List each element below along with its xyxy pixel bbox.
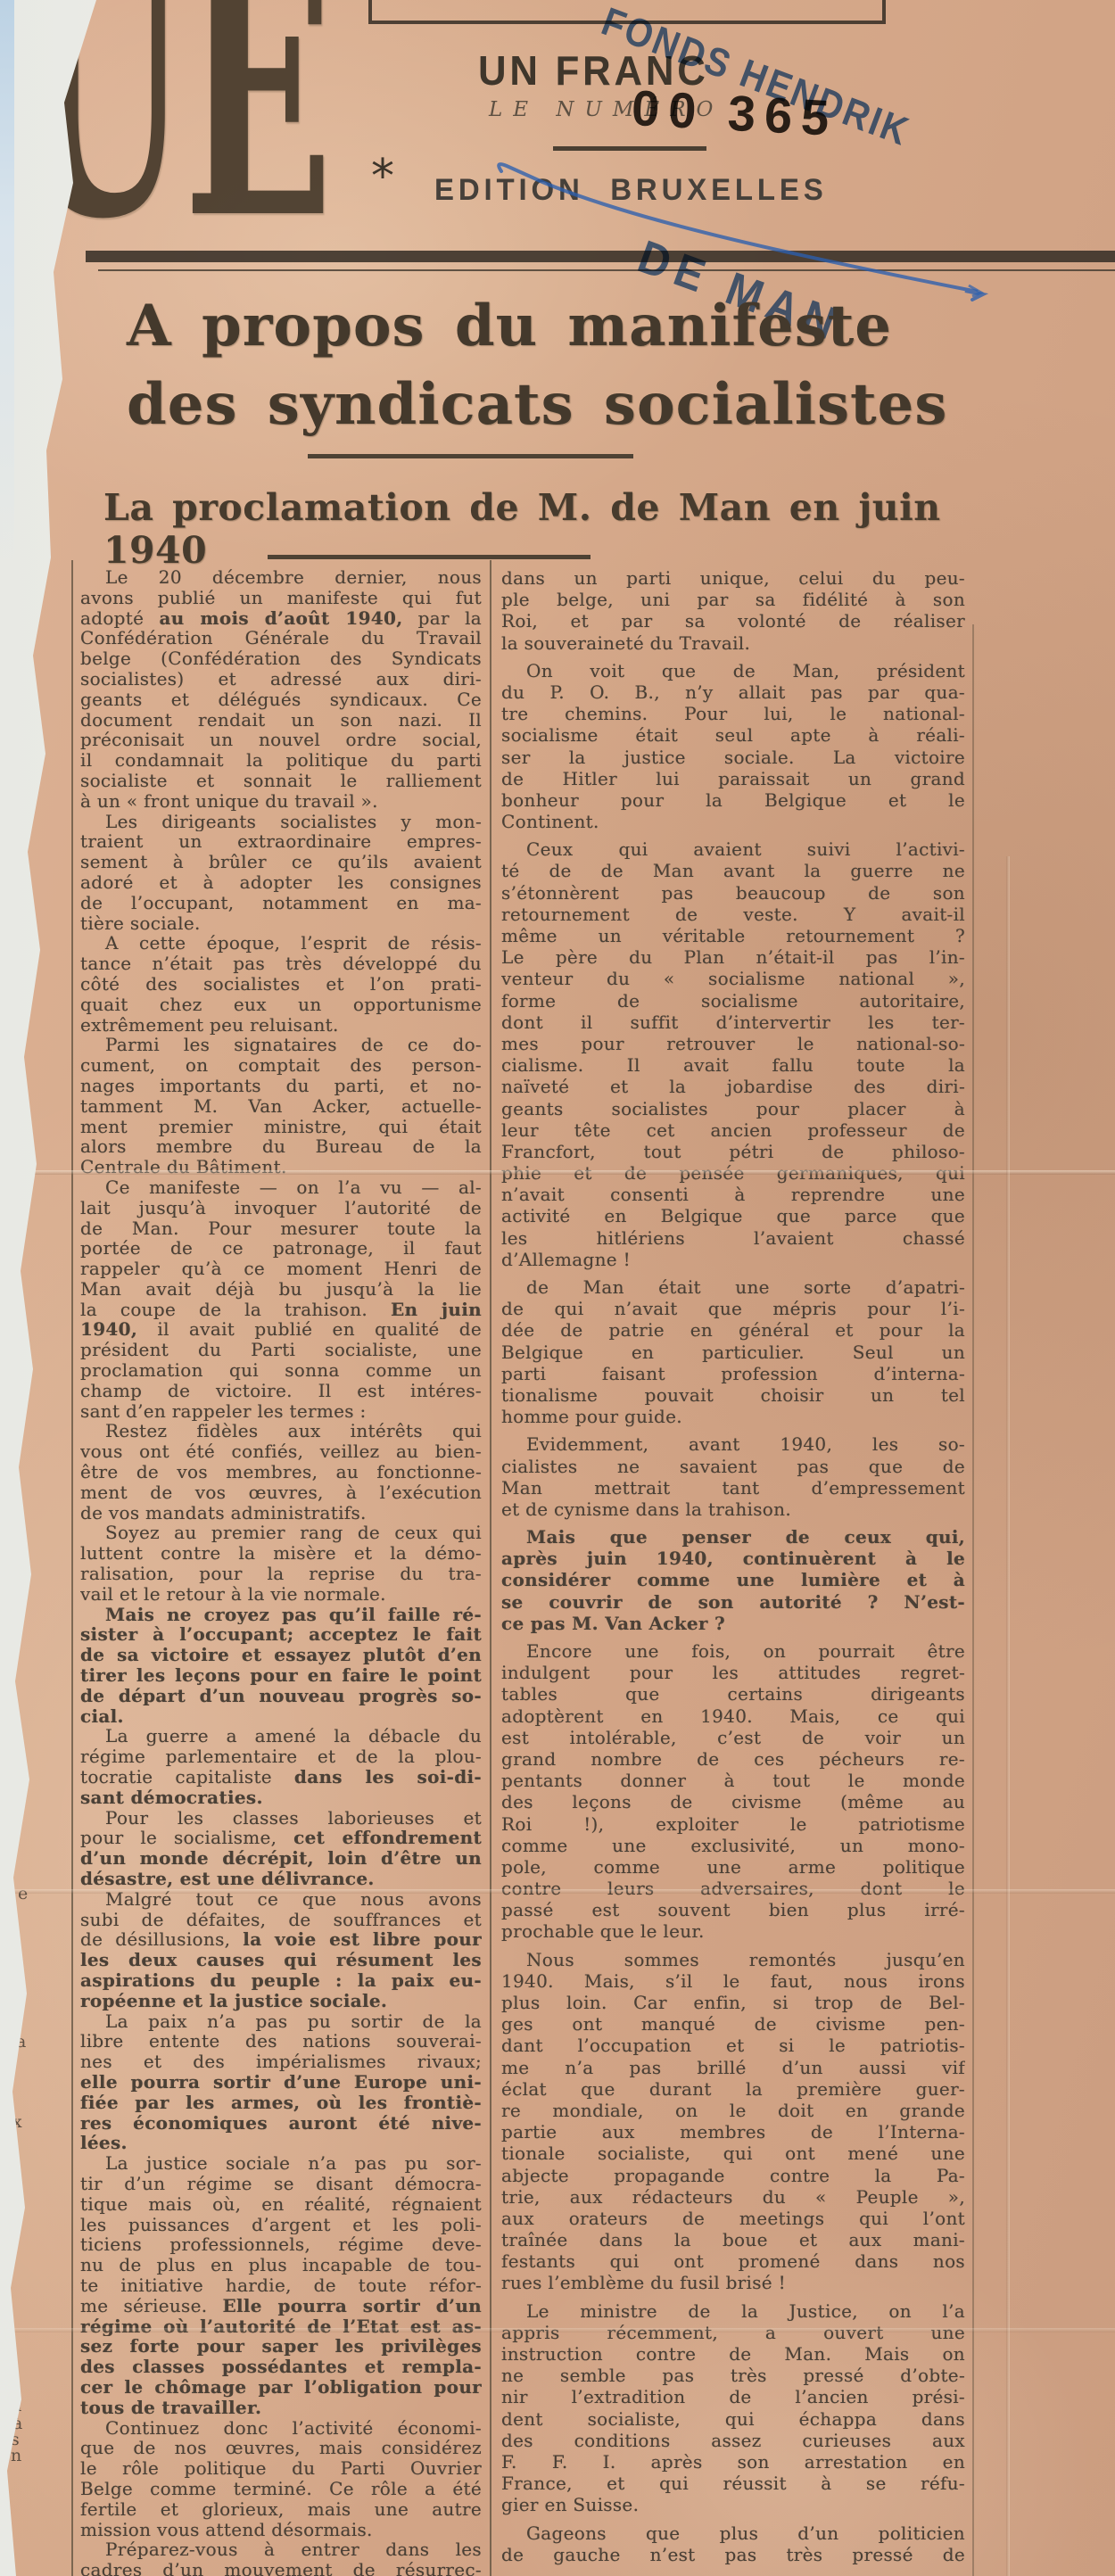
text-line: ne semble pas très pressé d’obte-	[501, 2365, 965, 2386]
left-column: Le 20 décembre dernier, nousavons publié…	[80, 567, 482, 2576]
text-line: tamment M. Van Acker, actuelle-	[80, 1096, 482, 1117]
scanner-edge-shadow	[0, 0, 14, 571]
text-line: est intolérable, c’est de voir un	[501, 1727, 965, 1748]
text-line: tous de travailler.	[80, 2398, 482, 2418]
masthead-title-letters: UE	[16, 0, 329, 293]
text-line: Le 20 décembre dernier, nous	[80, 567, 482, 588]
text-line: les puissances d’argent et les poli-	[80, 2215, 482, 2235]
paragraph: Les dirigeants socialistes y mon-traient…	[80, 812, 482, 934]
column-rule-center	[490, 560, 491, 2576]
horizontal-fold-crease	[0, 2328, 1115, 2332]
text-line: Restez fidèles aux intérêts qui	[80, 1421, 482, 1441]
horizontal-fold-crease	[0, 1889, 1115, 1894]
text-line: Roi, et par sa volonté de réaliser	[501, 610, 965, 632]
text-line: instruction contre de Man. Mais on	[501, 2343, 965, 2365]
text-line: La justice sociale n’a pas pu sor-	[80, 2153, 482, 2174]
text-line: comme une exclusivité, un mono-	[501, 1835, 965, 1856]
text-line: ticiens professionnels, régime deve-	[80, 2234, 482, 2255]
asterisk-icon: *	[371, 150, 394, 203]
paragraph: de Man était une sorte d’apatri-de qui n…	[501, 1276, 965, 1427]
text-line: belge (Confédération des Syndicats	[80, 648, 482, 669]
text-line: Mais ne croyez pas qu’il faille ré-	[80, 1605, 482, 1625]
text-line: tirer les leçons pour en faire le point	[80, 1665, 482, 1686]
text-line: nages importants du parti, et no-	[80, 1076, 482, 1096]
text-line: Confédération Générale du Travail	[80, 628, 482, 648]
text-line: de gauche n’est pas très pressé de	[501, 2544, 965, 2565]
text-line: Francfort, tout pétri de philoso-	[501, 1141, 965, 1162]
paragraph: Evidemment, avant 1940, les so-cialistes…	[501, 1433, 965, 1520]
paragraph: Continuez donc l’activité économi-que de…	[80, 2418, 482, 2540]
text-line: portée de ce patronage, il faut	[80, 1238, 482, 1259]
text-line: Continuez donc l’activité économi-	[80, 2418, 482, 2439]
text-line: rappeler qu’à ce moment Henri de	[80, 1259, 482, 1279]
text-line: tables que certains dirigeants	[501, 1683, 965, 1705]
text-line: luttent contre la misère et la démo-	[80, 1543, 482, 1564]
text-line: des conditions assez curieuses aux	[501, 2430, 965, 2451]
edge-fragment-letter: n	[11, 2396, 21, 2415]
edge-fragment-letter: e	[18, 813, 28, 833]
text-line: activité en Belgique que parce que	[501, 1205, 965, 1226]
text-line: Préparez-vous à entrer dans les	[80, 2539, 482, 2560]
text-line: mission vous attend désormais.	[80, 2520, 482, 2540]
paragraph: Préparez-vous à entrer dans lescadres d’…	[80, 2539, 482, 2576]
text-line: président du Parti socialiste, une	[80, 1340, 482, 1360]
text-line: se couvrir de son autorité ? N’est-	[501, 1591, 965, 1613]
text-line: de Man était une sorte d’apatri-	[501, 1276, 965, 1298]
text-line: considérer comme une lumière et à	[501, 1569, 965, 1590]
text-line: la souveraineté du Travail.	[501, 632, 965, 654]
paragraph: Pour les classes laborieuses etpour le s…	[80, 1808, 482, 1889]
paragraph: Mais que penser de ceux qui,après juin 1…	[501, 1526, 965, 1634]
text-line: le rôle politique du Parti Ouvrier	[80, 2458, 482, 2479]
text-line: les hitlériens l’avaient chassé	[501, 1227, 965, 1249]
text-line: de Man. Pour mesurer toute la	[80, 1218, 482, 1239]
text-line: adoré et à adopter les consignes	[80, 872, 482, 893]
edge-fragment-letter: e	[23, 676, 33, 696]
text-line: A cette époque, l’esprit de résis-	[80, 933, 482, 954]
text-line: préconisait un nouvel ordre social,	[80, 730, 482, 750]
text-line: dont il suffit d’intervertir les ter-	[501, 1011, 965, 1033]
text-line: Encore une fois, on pourrait être	[501, 1640, 965, 1662]
text-line: partie aux membres de l’Interna-	[501, 2121, 965, 2143]
edge-fragment-letter: x	[12, 2112, 22, 2132]
text-line: Soyez au premier rang de ceux qui	[80, 1523, 482, 1543]
text-line: te initiative hardie, de toute réfor-	[80, 2275, 482, 2296]
text-line: traient un extraordinaire empres-	[80, 831, 482, 852]
text-line: sez forte pour saper les privilèges	[80, 2336, 482, 2357]
text-line: de départ d’un nouveau progrès so-	[80, 1686, 482, 1706]
text-line: abjecte propagande contre la Pa-	[501, 2165, 965, 2186]
text-line: lées.	[80, 2133, 482, 2153]
text-line: té de de Man avant la guerre ne	[501, 860, 965, 881]
text-line: fiée par les armes, où les frontiè-	[80, 2093, 482, 2113]
text-line: dans un parti unique, celui du peu-	[501, 567, 965, 589]
paragraph: Mais ne croyez pas qu’il faille ré-siste…	[80, 1605, 482, 1727]
text-line: régime parlementaire et de la plou-	[80, 1746, 482, 1767]
text-line: tière sociale.	[80, 913, 482, 934]
text-line: Belgique en particulier. Seul un	[501, 1342, 965, 1363]
text-line: Ce manifeste — on l’a vu — al-	[80, 1177, 482, 1198]
text-line: être de vos membres, au fonctionne-	[80, 1462, 482, 1482]
text-line: de qui n’avait que mépris pour l’i-	[501, 1298, 965, 1319]
edge-fragment-letter: e	[18, 1884, 28, 1903]
edge-fragment-letter: -	[18, 862, 23, 881]
text-line: cer le chômage par l’obligation pour	[80, 2377, 482, 2398]
text-line: homme pour guide.	[501, 1406, 965, 1427]
text-line: cument, on comptait des person-	[80, 1055, 482, 1076]
text-line: champ de victoire. Il est intéres-	[80, 1381, 482, 1401]
paragraph: Restez fidèles aux intérêts quivous ont …	[80, 1421, 482, 1523]
text-line: socialiste et sonnait le ralliement	[80, 771, 482, 791]
paragraph: Ce manifeste — on l’a vu — al-lait jusqu…	[80, 1177, 482, 1422]
text-line: ropéenne et la justice sociale.	[80, 1991, 482, 2011]
text-line: tique mais où, en réalité, régnaient	[80, 2194, 482, 2215]
text-line: sant d’en rappeler les termes :	[80, 1401, 482, 1422]
edition-label: EDITION BRUXELLES	[434, 173, 828, 208]
paragraph: La guerre a amené la débacle durégime pa…	[80, 1726, 482, 1807]
text-line: de vos mandats administratifs.	[80, 1503, 482, 1523]
text-line: ment de vos œuvres, à l’exécution	[80, 1482, 482, 1503]
text-line: socialistes) et adressé aux diri-	[80, 669, 482, 689]
text-line: indulgent pour les attitudes regret-	[501, 1662, 965, 1683]
edge-fragment-letter: n	[11, 2446, 21, 2465]
text-line: venteur du « socialisme national »,	[501, 968, 965, 989]
text-line: dent socialiste, qui échappa dans	[501, 2408, 965, 2430]
masthead-bar-rule	[86, 251, 1115, 262]
text-line: trie, aux rédacteurs du « Peuple »,	[501, 2186, 965, 2208]
text-line: re mondiale, on le doit en grande	[501, 2100, 965, 2121]
text-line: cadres d’un mouvement de résurrec-	[80, 2560, 482, 2576]
text-line: à un « front unique du travail ».	[80, 791, 482, 812]
text-line: nir l’extradition de l’ancien prési-	[501, 2386, 965, 2407]
column-rule-left	[71, 560, 73, 2576]
text-line: grand nombre de ces pécheurs re-	[501, 1748, 965, 1770]
text-line: naïveté et la jobardise des diri-	[501, 1076, 965, 1097]
text-line: extrêmement peu reluisant.	[80, 1015, 482, 1036]
text-line: nes et des impérialismes rivaux;	[80, 2052, 482, 2072]
text-line: traînée dans la boue et aux mani-	[501, 2229, 965, 2250]
text-line: res économiques auront été nive-	[80, 2113, 482, 2134]
text-line: 1940. Mais, s’il le faut, nous irons	[501, 1970, 965, 1992]
text-line: adopté au mois d’août 1940, par la	[80, 608, 482, 629]
text-line: La paix n’a pas pu sortir de la	[80, 2011, 482, 2032]
text-line: fertile et glorieux, mais une autre	[80, 2499, 482, 2520]
text-line: d’un monde décrépit, loin d’être un	[80, 1848, 482, 1869]
text-line: tance n’était pas très développé du	[80, 954, 482, 974]
paragraph: Soyez au premier rang de ceux quiluttent…	[80, 1523, 482, 1604]
text-line: sister à l’occupant; acceptez le fait	[80, 1624, 482, 1645]
text-line: des leçons de civisme (même au	[501, 1791, 965, 1812]
horizontal-fold-crease	[0, 1170, 1115, 1175]
article-headline: A propos du manifeste des syndicats soci…	[127, 287, 1072, 444]
text-line: pour le socialisme, cet effondrement	[80, 1828, 482, 1848]
text-line: vail et le retour à la vie normale.	[80, 1584, 482, 1605]
edge-fragment-letter: t	[14, 1773, 21, 1793]
text-line: adoptèrent en 1940. Mais, ce qui	[501, 1705, 965, 1727]
text-line: avons publié un manifeste qui fut	[80, 588, 482, 608]
text-line: geants socialistes pour placer à	[501, 1098, 965, 1119]
text-line: tionalisme pouvait choisir un tel	[501, 1384, 965, 1406]
text-line: mes pour retrouver le national-so-	[501, 1033, 965, 1054]
edge-fragment-letter: -	[16, 846, 21, 865]
text-line: libre entente des nations souverai-	[80, 2031, 482, 2052]
text-line: subi de défaites, de souffrances et	[80, 1910, 482, 1930]
text-line: cialistes ne savaient pas que de	[501, 1456, 965, 1477]
text-line: proclamation qui sonna comme un	[80, 1360, 482, 1381]
text-line: il condamnait la politique du parti	[80, 750, 482, 771]
text-line: Roi !), exploiter le patriotisme	[501, 1813, 965, 1835]
text-line: Le ministre de la Justice, on l’a	[501, 2300, 965, 2322]
paragraph: Nous sommes remontés jusqu’en1940. Mais,…	[501, 1949, 965, 2294]
text-line: ser la justice sociale. La victoire	[501, 747, 965, 768]
text-line: gier en Suisse.	[501, 2494, 965, 2515]
text-line: me sérieuse. Elle pourra sortir d’un	[80, 2296, 482, 2316]
text-line: lait jusqu’à invoquer l’autorité de	[80, 1198, 482, 1218]
text-line: et de cynisme dans la trahison.	[501, 1499, 965, 1520]
text-line: Nous sommes remontés jusqu’en	[501, 1949, 965, 1970]
text-line: après juin 1940, continuèrent à le	[501, 1548, 965, 1569]
text-line: d’Allemagne !	[501, 1249, 965, 1270]
text-line: forme de socialisme autoritaire,	[501, 990, 965, 1011]
headline-rule	[308, 454, 633, 458]
text-line: vous ont été confiés, veillez au bien-	[80, 1441, 482, 1462]
right-column: dans un parti unique, celui du peu-ple b…	[501, 567, 965, 2565]
text-line: ges ont manqué de civisme pen-	[501, 2013, 965, 2035]
text-line: du P. O. B., n’y allait pas par qua-	[501, 681, 965, 703]
text-line: nu de plus en plus incapable de tou-	[80, 2255, 482, 2275]
text-line: me n’a pas brillé d’un aussi vif	[501, 2057, 965, 2078]
text-line: ralisation, pour la reprise du tra-	[80, 1564, 482, 1584]
text-line: Parmi les signataires de ce do-	[80, 1035, 482, 1055]
paragraph: Le 20 décembre dernier, nousavons publié…	[80, 567, 482, 812]
text-line: ple belge, uni par sa fidélité à son	[501, 589, 965, 610]
vertical-fold-crease	[1006, 856, 1010, 2576]
edge-fragment-letter: n	[20, 708, 30, 728]
text-line: plus loin. Car enfin, si trop de Bel-	[501, 1992, 965, 2013]
text-line: Belge comme terminé. Ce rôle a été	[80, 2479, 482, 2499]
text-line: leur tête cet ancien professeur de	[501, 1119, 965, 1141]
text-line: dée de patrie en général et pour la	[501, 1319, 965, 1341]
text-line: F. F. I. après son arrestation en	[501, 2451, 965, 2473]
text-line: Mais que penser de ceux qui,	[501, 1526, 965, 1548]
headline-line2: des syndicats socialistes	[127, 366, 1072, 444]
text-line: même un véritable retournement ?	[501, 925, 965, 946]
text-line: ment premier ministre, qui était	[80, 1117, 482, 1137]
column-rule-right	[972, 624, 974, 2576]
text-line: festants qui ont promené dans nos	[501, 2250, 965, 2272]
text-line: elle pourra sortir d’une Europe uni-	[80, 2072, 482, 2093]
paragraph: Malgré tout ce que nous avonssubi de déf…	[80, 1889, 482, 2011]
edge-fragment-letter: s	[16, 739, 25, 758]
text-line: parti faisant profession d’interna-	[501, 1363, 965, 1384]
text-line: Man avait déjà bu jusqu’à la lie	[80, 1279, 482, 1300]
text-line: de désillusions, la voie est libre pour	[80, 1929, 482, 1950]
text-line: cial.	[80, 1706, 482, 1727]
text-line: Les dirigeants socialistes y mon-	[80, 812, 482, 832]
paragraph: La justice sociale n’a pas pu sor-tir d’…	[80, 2153, 482, 2417]
inventory-number-stamp: 00 365	[631, 78, 839, 147]
paragraph: Parmi les signataires de ce do-cument, o…	[80, 1035, 482, 1177]
paragraph: A cette époque, l’esprit de résis-tance …	[80, 933, 482, 1035]
text-line: n’avait consenti à reprendre une	[501, 1184, 965, 1205]
text-line: des classes possédantes et rempla-	[80, 2357, 482, 2377]
text-line: pole, comme une arme politique	[501, 1856, 965, 1878]
paragraph: Encore une fois, on pourrait êtreindulge…	[501, 1640, 965, 1943]
text-line: prochable que le leur.	[501, 1920, 965, 1942]
text-line: côté des socialistes et l’on prati-	[80, 974, 482, 995]
text-line: passé est souvent bien plus irré-	[501, 1899, 965, 1920]
text-line: de l’occupant, notamment en ma-	[80, 893, 482, 913]
text-line: s’étonnèrent pas beaucoup de son	[501, 882, 965, 904]
text-line: document rendait un son nazi. Il	[80, 710, 482, 731]
text-line: cialisme. Il avait fallu toute la	[501, 1054, 965, 1076]
text-line: que de nos œuvres, mais considérez	[80, 2438, 482, 2458]
paragraph: La paix n’a pas pu sortir de lalibre ent…	[80, 2011, 482, 2154]
text-line: Pour les classes laborieuses et	[80, 1808, 482, 1829]
edge-fragment-letter: a	[16, 2032, 26, 2052]
text-line: régime où l’autorité de l’Etat est as-	[80, 2316, 482, 2337]
text-line: aux orateurs de meetings qui l’ont	[501, 2208, 965, 2229]
text-line: alors membre du Bureau de la	[80, 1136, 482, 1157]
text-line: dant l’occupation et si le patriotis-	[501, 2035, 965, 2056]
text-line: rues l’emblème du fusil brisé !	[501, 2272, 965, 2293]
text-line: socialisme était seul apte à réali-	[501, 724, 965, 746]
text-line: tir d’un régime se disant démocra-	[80, 2174, 482, 2194]
text-line: France, et qui réussit à se réfu-	[501, 2473, 965, 2494]
subheadline-rule	[268, 555, 591, 559]
text-line: tre chemins. Pour lui, le national-	[501, 703, 965, 724]
text-line: bonheur pour la Belgique et le	[501, 789, 965, 811]
text-line: Evidemment, avant 1940, les so-	[501, 1433, 965, 1455]
newspaper-page: UE UN FRANC LE NUMÉRO * EDITION BRUXELLE…	[0, 0, 1115, 2576]
text-line: tionale socialiste, qui ont mené une	[501, 2143, 965, 2164]
text-line: aspirations du peuple : la paix eu-	[80, 1970, 482, 1991]
text-line: désastre, est une délivrance.	[80, 1869, 482, 1889]
paragraph: dans un parti unique, celui du peu-ple b…	[501, 567, 965, 654]
text-line: geants et délégués syndicaux. Ce	[80, 689, 482, 710]
text-line: les deux causes qui résument les	[80, 1950, 482, 1970]
scanned-newspaper-clipping: { "document": { "masthead": { "big_lette…	[0, 0, 1115, 2576]
text-line: pentants donner à tout le monde	[501, 1770, 965, 1791]
text-line: quait chez eux un opportunisme	[80, 995, 482, 1015]
text-line: 1940, il avait publié en qualité de	[80, 1319, 482, 1340]
numero-rule	[553, 146, 706, 151]
text-line: sement à brûler ce qu’ils avaient	[80, 852, 482, 872]
text-line: de Hitler lui paraissait un grand	[501, 768, 965, 789]
paragraph: On voit que de Man, présidentdu P. O. B.…	[501, 660, 965, 833]
text-line: de sa victoire et essayez plutôt d’en	[80, 1645, 482, 1665]
masthead-thin-rule	[98, 269, 1115, 271]
text-line: la coupe de la trahison. En juin	[80, 1300, 482, 1320]
text-line: Ceux qui avaient suivi l’activi-	[501, 838, 965, 860]
text-line: On voit que de Man, président	[501, 660, 965, 681]
paragraph: Gageons que plus d’un politiciende gauch…	[501, 2522, 965, 2565]
text-line: tocratie capitaliste dans les soi-di-	[80, 1767, 482, 1788]
paragraph: Ceux qui avaient suivi l’activi-té de de…	[501, 838, 965, 1270]
text-line: La guerre a amené la débacle du	[80, 1726, 482, 1746]
text-line: éclat que durant la première guer-	[501, 2078, 965, 2100]
text-line: ce pas M. Van Acker ?	[501, 1613, 965, 1634]
edge-fragment-letter: d	[27, 764, 37, 783]
text-line: Le père du Plan n’était-il pas l’in-	[501, 946, 965, 968]
headline-line1: A propos du manifeste	[127, 287, 1072, 366]
text-line: Continent.	[501, 811, 965, 832]
edge-fragment-letter: t	[14, 2163, 21, 2183]
text-line: retournement de veste. Y avait-il	[501, 904, 965, 925]
text-line: sant démocraties.	[80, 1788, 482, 1808]
text-line: Gageons que plus d’un politicien	[501, 2522, 965, 2544]
text-line: Man mettrait tant d’empressement	[501, 1477, 965, 1499]
